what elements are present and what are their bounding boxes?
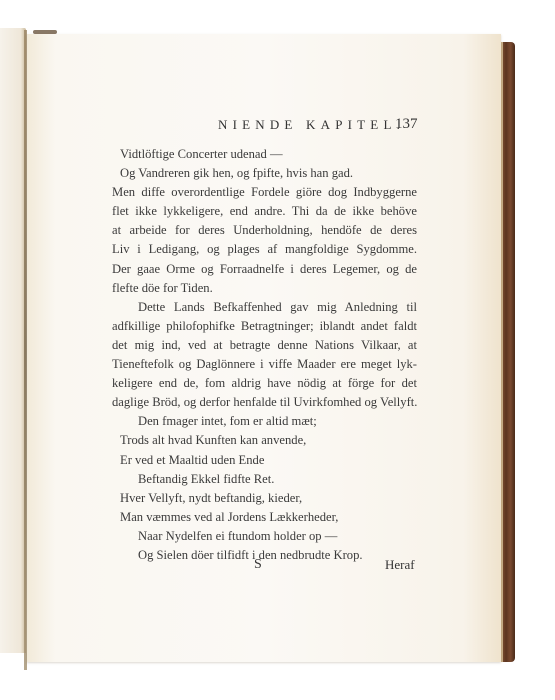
text-line: daglige Bröd, og derfor henfalde til Uvi… — [112, 393, 417, 412]
verse-block: Den fmager intet, fom er altid mæt; Trod… — [112, 412, 417, 565]
text-line: Og Vandreren gik hen, og fpifte, hvis ha… — [112, 164, 417, 183]
running-head: NIENDE KAPITEL. 137 — [0, 117, 555, 139]
verse-line: Man væmmes ved al Jordens Lækkerheder, — [112, 508, 417, 527]
verse-line: Beftandig Ekkel fidfte Ret. — [112, 470, 417, 489]
text-line: det mig ind, ved at betragte denne Natio… — [112, 336, 417, 355]
text-line: at arbeide for deres Underholdning, hend… — [112, 221, 417, 240]
text-line: flefte döe for Tiden. — [112, 279, 417, 298]
body-text: Vidtlöftige Concerter udenad — Og Vandre… — [112, 145, 417, 565]
verse-line: Trods alt hvad Kunften kan anvende, — [112, 431, 417, 450]
text-line: Men diffe overordentlige Fordele giöre d… — [112, 183, 417, 202]
text-line: Der gaae Orme og Forraadnelfe i deres Le… — [112, 260, 417, 279]
verse-line: Og Sielen döer tilfidft i den nedbrudte … — [112, 546, 417, 565]
text-line: Vidtlöftige Concerter udenad — — [112, 145, 417, 164]
text-line: Liv i Ledigang, og plages af mangfoldige… — [112, 240, 417, 259]
page-number: 137 — [395, 116, 418, 133]
chapter-title: NIENDE KAPITEL. — [218, 117, 405, 133]
text-line: keligere end de, fom aldrig have nödig a… — [112, 374, 417, 393]
text-line: flet ikke lykkeligere, end andre. Thi da… — [112, 202, 417, 221]
verse-line: Hver Vellyft, nydt beftandig, kieder, — [112, 489, 417, 508]
signature-mark: S — [254, 557, 262, 573]
verse-line: Den fmager intet, fom er altid mæt; — [112, 412, 417, 431]
paragraph-start-line: Dette Lands Befkaffenhed gav mig Anledni… — [112, 298, 417, 317]
verse-line: Naar Nydelfen ei ftundom holder op — — [112, 527, 417, 546]
text-line: Tieneftefolk og Daglönnere i viffe Maade… — [112, 355, 417, 374]
catchword: Heraf — [385, 557, 415, 573]
verse-line: Er ved et Maaltid uden Ende — [112, 451, 417, 470]
text-line: adfkillige philofophifke Betragtninger; … — [112, 317, 417, 336]
